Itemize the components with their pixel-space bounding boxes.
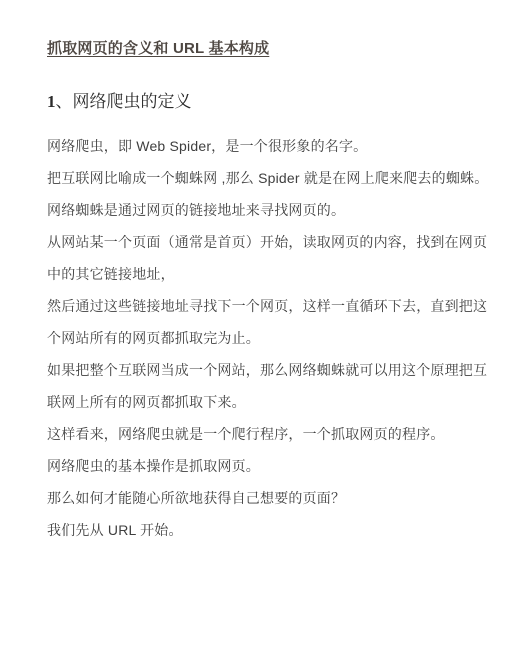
- body-line: 把互联网比喻成一个蜘蛛网 ,那么 Spider 就是在网上爬来爬去的蜘蛛。: [47, 162, 465, 194]
- body-line: 然后通过这些链接地址寻找下一个网页，这样一直循环下去，直到把这: [47, 290, 465, 322]
- body-line: 个网站所有的网页都抓取完为止。: [47, 322, 465, 354]
- body-line: 如果把整个互联网当成一个网站，那么网络蜘蛛就可以用这个原理把互: [47, 354, 465, 386]
- section-number: 1: [47, 92, 56, 111]
- body-line: 这样看来，网络爬虫就是一个爬行程序，一个抓取网页的程序。: [47, 418, 465, 450]
- body-line: 那么如何才能随心所欲地获得自己想要的页面？: [47, 482, 465, 514]
- body-line: 联网上所有的网页都抓取下来。: [47, 386, 465, 418]
- body-line: 网络爬虫，即 Web Spider，是一个很形象的名字。: [47, 130, 465, 162]
- document-title: 抓取网页的含义和 URL 基本构成: [47, 0, 465, 58]
- body-line: 从网站某一个页面（通常是首页）开始，读取网页的内容，找到在网页: [47, 226, 465, 258]
- section-title: 网络爬虫的定义: [73, 92, 192, 111]
- body-line: 网络爬虫的基本操作是抓取网页。: [47, 450, 465, 482]
- section-separator: 、: [56, 92, 73, 111]
- section-heading: 1、网络爬虫的定义: [47, 91, 465, 113]
- document-page: 抓取网页的含义和 URL 基本构成 1、网络爬虫的定义 网络爬虫，即 Web S…: [0, 0, 512, 658]
- body-line: 中的其它链接地址，: [47, 258, 465, 290]
- body-line: 网络蜘蛛是通过网页的链接地址来寻找网页的。: [47, 194, 465, 226]
- body-text: 网络爬虫，即 Web Spider，是一个很形象的名字。把互联网比喻成一个蜘蛛网…: [47, 130, 465, 546]
- body-line: 我们先从 URL 开始。: [47, 514, 465, 546]
